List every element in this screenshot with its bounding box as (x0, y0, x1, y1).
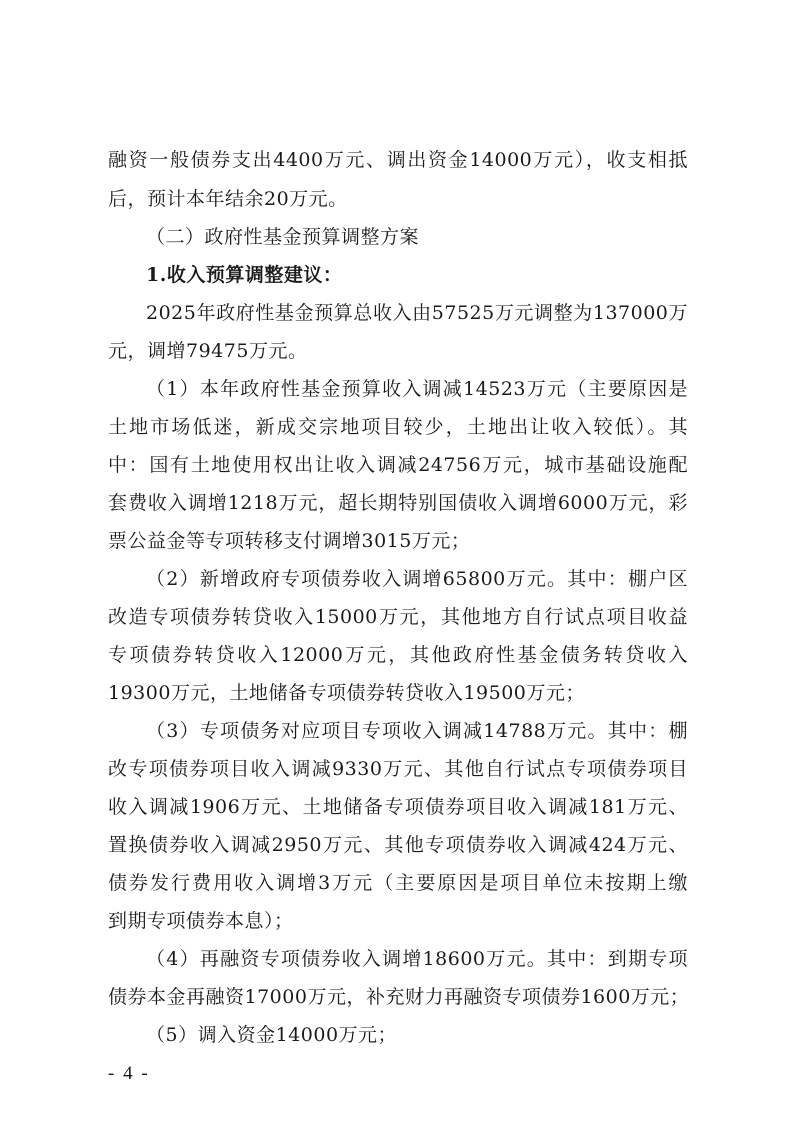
paragraph-line: 19300万元，土地储备专项债券转贷收入19500万元； (108, 681, 585, 705)
paragraph-line: 套费收入调增1218万元，超长期特别国债收入调增6000万元，彩 (108, 491, 688, 515)
paragraph-line: 元，调增79475万元。 (108, 339, 307, 363)
page-number: - 4 - (108, 1063, 150, 1085)
paragraph-line: 票公益金等专项转移支付调增3015万元； (108, 529, 470, 553)
document-page: 融资一般债券支出4400万元、调出资金14000万元），收支相抵 后，预计本年结… (0, 0, 793, 1122)
paragraph-line: （4）再融资专项债券收入调增18600万元。其中：到期专项 (146, 947, 688, 971)
paragraph-line: （3）专项债务对应项目专项收入调减14788万元。其中：棚 (146, 719, 688, 743)
paragraph-line: （1）本年政府性基金预算收入调减14523万元（主要原因是 (146, 377, 688, 401)
paragraph-line: 置换债券收入调减2950万元、其他专项债券收入调减424万元、 (108, 833, 688, 857)
paragraph-line: 专项债券转贷收入12000万元，其他政府性基金债务转贷收入 (108, 643, 688, 667)
paragraph-line: 债券本金再融资17000万元，补充财力再融资专项债券1600万元； (108, 985, 688, 1009)
paragraph-line: 到期专项债券本息）； (108, 909, 294, 933)
paragraph-line: 后，预计本年结余20万元。 (108, 187, 348, 211)
paragraph-line: 融资一般债券支出4400万元、调出资金14000万元），收支相抵 (108, 148, 688, 172)
paragraph-line: （5）调入资金14000万元； (146, 1023, 688, 1047)
paragraph-line: 收入调减1906万元、土地储备专项债券项目收入调减181万元、 (108, 795, 688, 819)
paragraph-line: （2）新增政府专项债券收入调增65800万元。其中：棚户区 (146, 567, 688, 591)
paragraph-line: 改专项债券项目收入调减9330万元、其他自行试点专项债券项目 (108, 757, 688, 781)
paragraph-line: 债券发行费用收入调增3万元（主要原因是项目单位未按期上缴 (108, 871, 688, 895)
paragraph-line: 土地市场低迷，新成交宗地项目较少，土地出让收入较低）。其 (108, 415, 688, 439)
subsection-heading: 1.收入预算调整建议： (146, 263, 688, 287)
section-heading: （二）政府性基金预算调整方案 (146, 225, 688, 249)
paragraph-line: 改造专项债券转贷收入15000万元，其他地方自行试点项目收益 (108, 605, 688, 629)
paragraph-line: 中：国有土地使用权出让收入调减24756万元，城市基础设施配 (108, 453, 688, 477)
paragraph-line: 2025年政府性基金预算总收入由57525万元调整为137000万 (146, 301, 688, 325)
